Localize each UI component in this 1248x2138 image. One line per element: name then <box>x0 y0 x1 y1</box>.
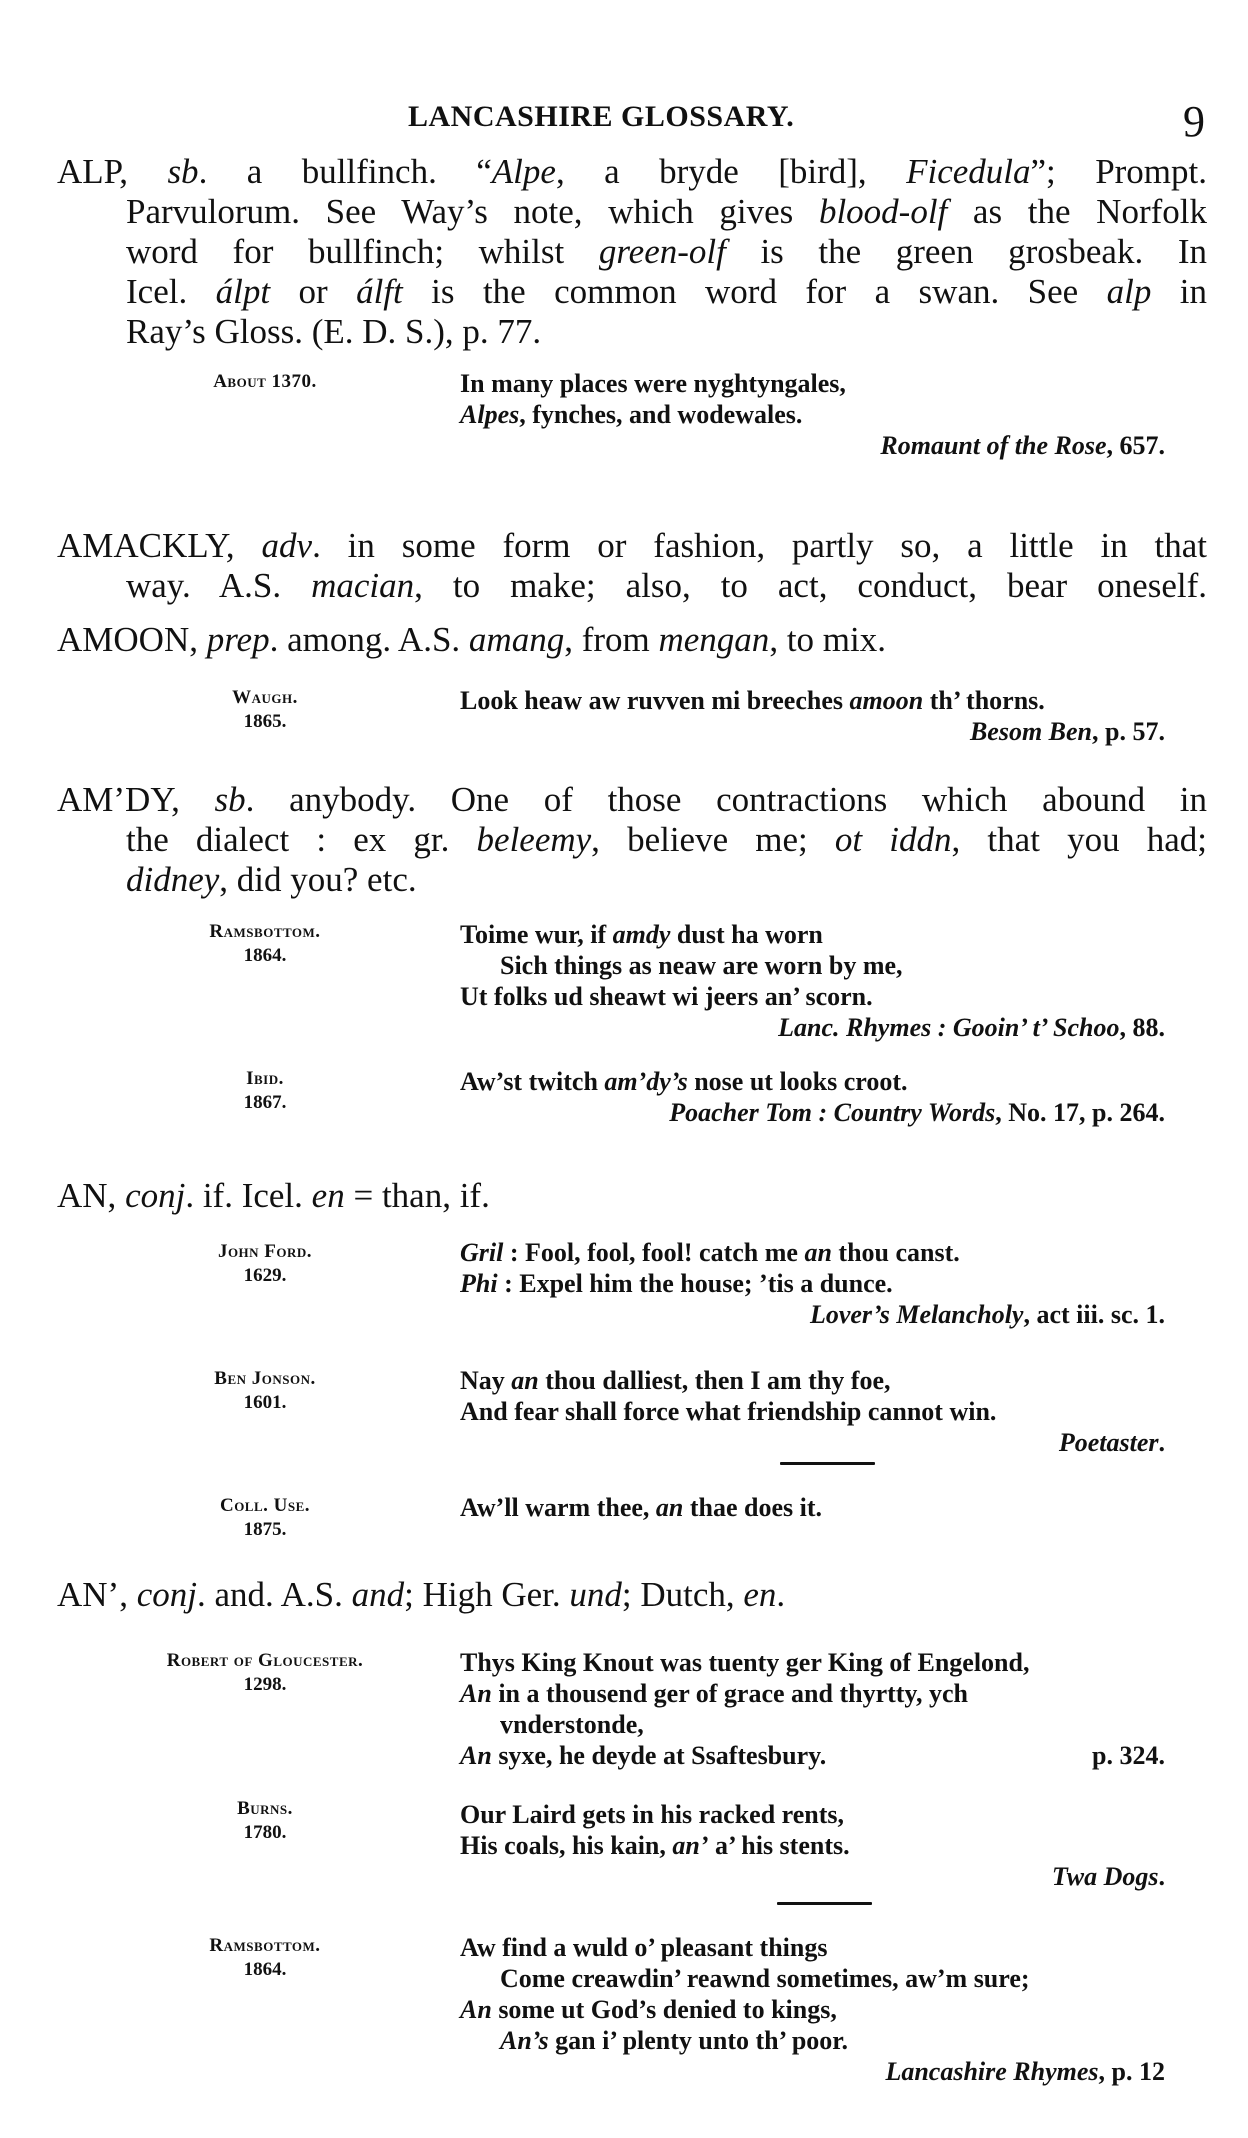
italic-term: amang <box>469 620 564 659</box>
quote-block: Thys King Knout was tuenty ger King of E… <box>460 1647 1165 1771</box>
quote-line: Gril : Fool, fool, fool! catch me an tho… <box>460 1237 1165 1268</box>
page-number: 9 <box>1183 96 1205 147</box>
quote-source: Ramsbottom.1864. <box>160 1934 370 1982</box>
quote-line: vnderstonde, <box>460 1709 1165 1740</box>
italic-term: green-olf <box>599 232 726 271</box>
entry-line: AN, conj. if. Icel. en = than, if. <box>57 1176 1207 1216</box>
quote-year: 1864. <box>160 944 370 968</box>
quote-block: Toime wur, if amdy dust ha wornSich thin… <box>460 919 1165 1043</box>
quote-year: 1865. <box>160 710 370 734</box>
italic-term: An <box>460 1679 492 1708</box>
quote-line: Ut folks ud sheawt wi jeers an’ scorn. <box>460 981 1165 1012</box>
italic-term: Lancashire Rhymes <box>885 2057 1098 2086</box>
quote-line: Aw’ll warm thee, an thae does it. <box>460 1492 1165 1523</box>
quote-block: Aw find a wuld o’ pleasant thingsCome cr… <box>460 1932 1165 2087</box>
entry-line: AN’, conj. and. A.S. and; High Ger. und;… <box>57 1575 1207 1615</box>
quote-author: Ramsbottom. <box>160 1934 370 1958</box>
quote-source: Waugh.1865. <box>160 686 370 734</box>
quote-author: Ibid. <box>160 1067 370 1091</box>
section-divider <box>777 1902 872 1905</box>
entry-line: the dialect : ex gr. beleemy, believe me… <box>57 820 1207 860</box>
entry-line: way. A.S. macian, to make; also, to act,… <box>57 566 1207 606</box>
italic-term: und <box>569 1575 622 1614</box>
quote-year: 1601. <box>160 1391 370 1415</box>
quote-year: 1780. <box>160 1821 370 1845</box>
quote-line: Sich things as neaw are worn by me, <box>460 950 1165 981</box>
entry-amdy: AM’DY, sb. anybody. One of those contrac… <box>57 780 1207 900</box>
quote-line: Phi : Expel him the house; ’tis a dunce. <box>460 1268 1165 1299</box>
quote-author: John Ford. <box>160 1240 370 1264</box>
quote-line: And fear shall force what friendship can… <box>460 1396 1165 1427</box>
quote-line: Thys King Knout was tuenty ger King of E… <box>460 1647 1165 1678</box>
italic-term: and <box>352 1575 405 1614</box>
running-head: LANCASHIRE GLOSSARY. <box>408 100 794 134</box>
italic-term: álft <box>356 272 403 311</box>
quote-block: In many places were nyghtyngales,Alpes, … <box>460 368 1165 461</box>
entry-an-and: AN’, conj. and. A.S. and; High Ger. und;… <box>57 1575 1207 1615</box>
italic-term: beleemy <box>477 820 592 859</box>
italic-term: Alpes <box>460 400 519 429</box>
entry-line: word for bullfinch; whilst green-olf is … <box>57 232 1207 272</box>
quote-line: Aw find a wuld o’ pleasant things <box>460 1932 1165 1963</box>
italic-term: An <box>460 1741 492 1770</box>
quote-line: An in a thousend ger of grace and thyrtt… <box>460 1678 1165 1709</box>
quote-citation: Lancashire Rhymes, p. 12 <box>460 2056 1165 2087</box>
italic-term: amdy <box>613 920 671 949</box>
italic-term: álpt <box>216 272 270 311</box>
entry-line: AM’DY, sb. anybody. One of those contrac… <box>57 780 1207 820</box>
italic-term: am’dy’s <box>604 1067 687 1096</box>
quote-author: About 1370. <box>160 370 370 394</box>
quote-line: Alpes, fynches, and wodewales. <box>460 399 1165 430</box>
quote-line: Our Laird gets in his racked rents, <box>460 1799 1165 1830</box>
italic-term: Ficedula <box>906 152 1030 191</box>
entry-line: ALP, sb. a bullfinch. “Alpe, a bryde [bi… <box>57 152 1207 192</box>
italic-term: Alpe <box>492 152 556 191</box>
quote-source: Ben Jonson.1601. <box>160 1367 370 1415</box>
quote-author: Ramsbottom. <box>160 920 370 944</box>
italic-term: Phi <box>460 1269 498 1298</box>
quote-citation: Poetaster. <box>460 1427 1165 1458</box>
quote-line: Come creawdin’ reawnd sometimes, aw’m su… <box>460 1963 1165 1994</box>
quote-source: Ramsbottom.1864. <box>160 920 370 968</box>
italic-term: Romaunt of the Rose <box>880 431 1106 460</box>
italic-term: didney <box>126 860 219 899</box>
italic-term: an <box>511 1366 538 1395</box>
quote-block: Gril : Fool, fool, fool! catch me an tho… <box>460 1237 1165 1330</box>
quote-author: Burns. <box>160 1797 370 1821</box>
section-divider <box>780 1462 875 1465</box>
italic-term: conj <box>125 1176 185 1215</box>
entry-line: AMOON, prep. among. A.S. amang, from men… <box>57 620 1207 660</box>
quote-author: Ben Jonson. <box>160 1367 370 1391</box>
italic-term: ot iddn <box>835 820 952 859</box>
italic-term: conj <box>137 1575 197 1614</box>
italic-term: alp <box>1107 272 1152 311</box>
italic-term: Lover’s Melancholy <box>810 1300 1024 1329</box>
italic-term: Poacher Tom : Country Words <box>669 1098 995 1127</box>
quote-source: Ibid.1867. <box>160 1067 370 1115</box>
quote-author: Waugh. <box>160 686 370 710</box>
italic-term: blood-olf <box>819 192 947 231</box>
quote-line: Look heaw aw ruvven mi breeches amoon th… <box>460 685 1165 716</box>
quote-citation: Poacher Tom : Country Words, No. 17, p. … <box>460 1097 1165 1128</box>
quote-source: John Ford.1629. <box>160 1240 370 1288</box>
quote-year: 1629. <box>160 1264 370 1288</box>
quote-page-ref: p. 324. <box>1092 1740 1165 1771</box>
quote-source: Coll. Use.1875. <box>160 1494 370 1542</box>
entry-line: AMACKLY, adv. in some form or fashion, p… <box>57 526 1207 566</box>
italic-term: en <box>312 1176 345 1215</box>
quote-block: Look heaw aw ruvven mi breeches amoon th… <box>460 685 1165 747</box>
italic-term: Twa Dogs <box>1052 1862 1159 1891</box>
quote-year: 1864. <box>160 1958 370 1982</box>
italic-term: an <box>656 1493 683 1522</box>
quote-citation: Lover’s Melancholy, act iii. sc. 1. <box>460 1299 1165 1330</box>
quote-citation: Besom Ben, p. 57. <box>460 716 1165 747</box>
quote-source: About 1370. <box>160 370 370 394</box>
italic-term: An <box>460 1995 492 2024</box>
quote-author: Robert of Gloucester. <box>130 1649 400 1673</box>
quote-year: 1875. <box>160 1518 370 1542</box>
quote-source: Robert of Gloucester.1298. <box>130 1649 400 1697</box>
entry-line: Icel. álpt or álft is the common word fo… <box>57 272 1207 312</box>
quote-block: Aw’ll warm thee, an thae does it. <box>460 1492 1165 1523</box>
italic-term: macian <box>311 566 414 605</box>
entry-amoon: AMOON, prep. among. A.S. amang, from men… <box>57 620 1207 660</box>
entry-an: AN, conj. if. Icel. en = than, if. <box>57 1176 1207 1216</box>
italic-term: Besom Ben <box>970 717 1092 746</box>
quote-citation: Romaunt of the Rose, 657. <box>460 430 1165 461</box>
entry-line: Parvulorum. See Way’s note, which gives … <box>57 192 1207 232</box>
quote-block: Aw’st twitch am’dy’s nose ut looks croot… <box>460 1066 1165 1128</box>
italic-term: an’ <box>672 1831 708 1860</box>
quote-citation: Lanc. Rhymes : Gooin’ t’ Schoo, 88. <box>460 1012 1165 1043</box>
quote-line: An some ut God’s denied to kings, <box>460 1994 1165 2025</box>
entry-line: Ray’s Gloss. (E. D. S.), p. 77. <box>57 312 1207 352</box>
quote-line: Aw’st twitch am’dy’s nose ut looks croot… <box>460 1066 1165 1097</box>
quote-source: Burns.1780. <box>160 1797 370 1845</box>
entry-line: didney, did you? etc. <box>57 860 1207 900</box>
italic-term: sb <box>215 780 246 819</box>
quote-year: 1298. <box>130 1673 400 1697</box>
quote-block: Nay an thou dalliest, then I am thy foe,… <box>460 1365 1165 1458</box>
quote-year: 1867. <box>160 1091 370 1115</box>
quote-line: An’s gan i’ plenty unto th’ poor. <box>460 2025 1165 2056</box>
quote-line: His coals, his kain, an’ a’ his stents. <box>460 1830 1165 1861</box>
italic-term: Poetaster <box>1059 1428 1159 1457</box>
italic-term: an <box>804 1238 831 1267</box>
entry-alp: ALP, sb. a bullfinch. “Alpe, a bryde [bi… <box>57 152 1207 352</box>
quote-line: Toime wur, if amdy dust ha worn <box>460 919 1165 950</box>
quote-author: Coll. Use. <box>160 1494 370 1518</box>
quote-citation: Twa Dogs. <box>460 1861 1165 1892</box>
quote-block: Our Laird gets in his racked rents,His c… <box>460 1799 1165 1892</box>
italic-term: Gril <box>460 1238 503 1267</box>
italic-term: prep <box>207 620 270 659</box>
italic-term: amoon <box>850 686 924 715</box>
italic-term: mengan <box>659 620 770 659</box>
italic-term: en <box>743 1575 776 1614</box>
italic-term: adv <box>262 526 313 565</box>
italic-term: sb <box>167 152 198 191</box>
quote-line: Nay an thou dalliest, then I am thy foe, <box>460 1365 1165 1396</box>
quote-line: An syxe, he deyde at Ssaftesbury.p. 324. <box>460 1740 1165 1771</box>
italic-term: An’s <box>500 2026 549 2055</box>
quote-line: In many places were nyghtyngales, <box>460 368 1165 399</box>
italic-term: Lanc. Rhymes : Gooin’ t’ Schoo <box>778 1013 1119 1042</box>
entry-amackly: AMACKLY, adv. in some form or fashion, p… <box>57 526 1207 606</box>
